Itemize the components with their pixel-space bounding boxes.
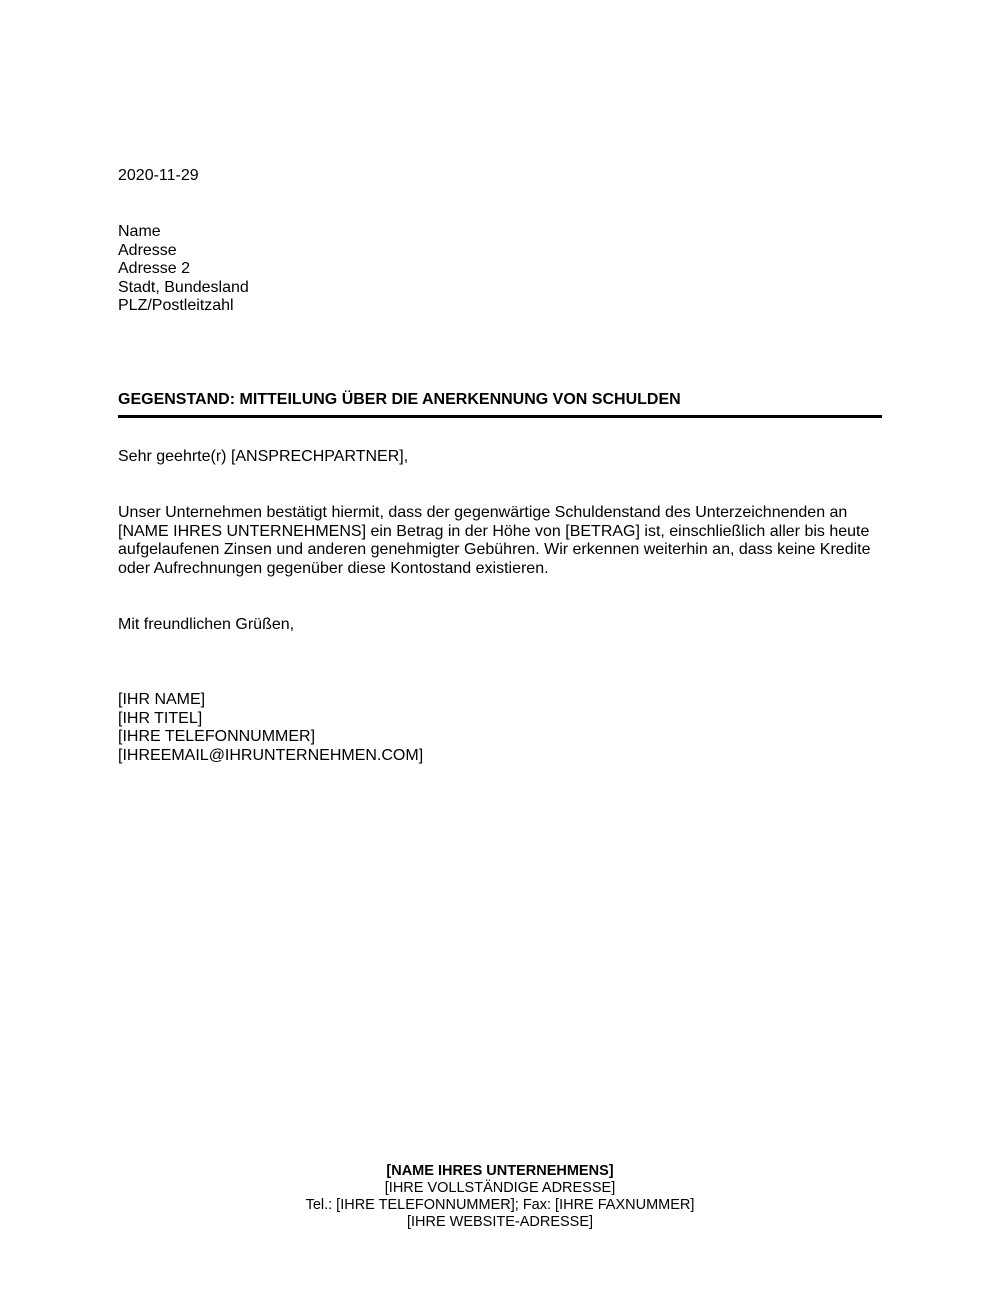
recipient-name: Name [118, 223, 249, 242]
signature-block: [IHR NAME] [IHR TITEL] [IHRE TELEFONNUMM… [118, 691, 423, 765]
signature-title: [IHR TITEL] [118, 710, 423, 729]
subject-divider [118, 415, 882, 418]
letterhead-footer: [NAME IHRES UNTERNEHMENS] [IHRE VOLLSTÄN… [0, 1163, 1000, 1231]
closing: Mit freundlichen Grüßen, [118, 616, 294, 635]
document-page: 2020-11-29 Name Adresse Adresse 2 Stadt,… [0, 0, 1000, 1290]
signature-phone: [IHRE TELEFONNUMMER] [118, 728, 423, 747]
recipient-postal-code: PLZ/Postleitzahl [118, 297, 249, 316]
footer-company-name: [NAME IHRES UNTERNEHMENS] [0, 1163, 1000, 1180]
signature-name: [IHR NAME] [118, 691, 423, 710]
recipient-address-line-1: Adresse [118, 242, 249, 261]
body-paragraph: Unser Unternehmen bestätigt hiermit, das… [118, 504, 888, 578]
recipient-address-block: Name Adresse Adresse 2 Stadt, Bundesland… [118, 223, 249, 316]
letter-date: 2020-11-29 [118, 167, 199, 186]
recipient-address-line-2: Adresse 2 [118, 260, 249, 279]
salutation: Sehr geehrte(r) [ANSPRECHPARTNER], [118, 448, 408, 467]
footer-address: [IHRE VOLLSTÄNDIGE ADRESSE] [0, 1180, 1000, 1197]
subject-heading: GEGENSTAND: MITTEILUNG ÜBER DIE ANERKENN… [118, 391, 681, 410]
footer-website: [IHRE WEBSITE-ADRESSE] [0, 1214, 1000, 1231]
footer-contact: Tel.: [IHRE TELEFONNUMMER]; Fax: [IHRE F… [0, 1197, 1000, 1214]
signature-email: [IHREEMAIL@IHRUNTERNEHMEN.COM] [118, 747, 423, 766]
recipient-city-state: Stadt, Bundesland [118, 279, 249, 298]
